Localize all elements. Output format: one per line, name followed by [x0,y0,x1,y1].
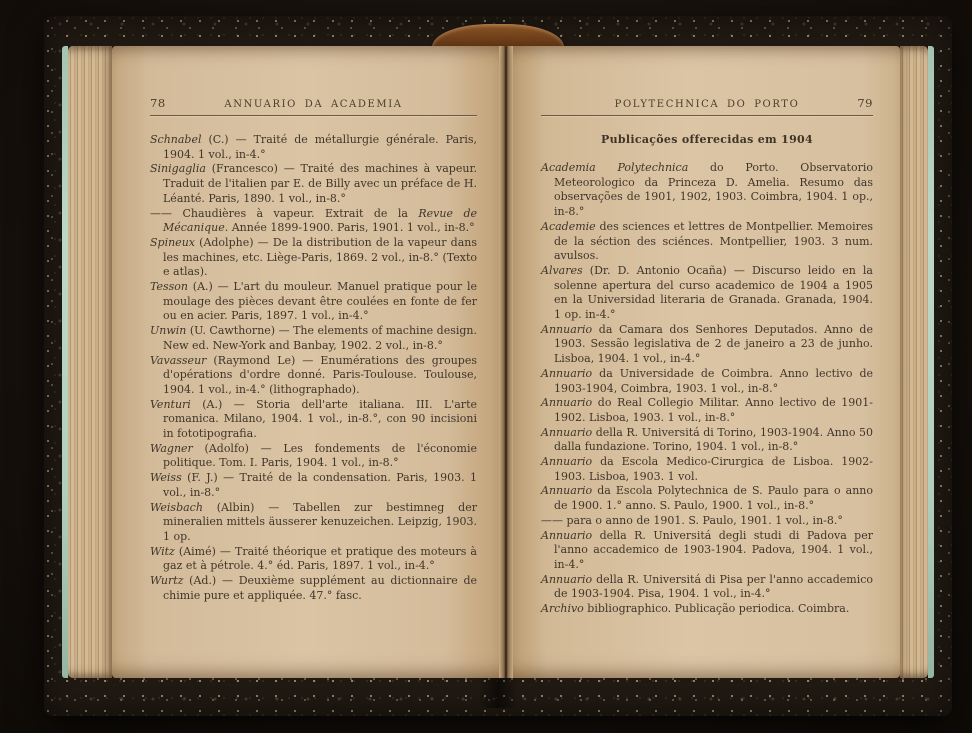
entry-lead-italic: Academie [541,220,596,233]
entry-lead-italic: Academia Polytechnica [541,161,688,174]
entry-lead-italic: Weisbach [150,501,203,514]
bibliography-entry: Alvares (Dr. D. Antonio Ocaña) — Discurs… [541,264,873,323]
endpaper-edge-right [928,46,934,678]
entry-text: (Adolphe) — De la distribution de la vap… [163,236,477,278]
entry-text: da Universidade de Coimbra. Anno lectivo… [554,367,873,395]
entry-text: bibliographico. Publicação periodica. Co… [584,602,850,615]
bibliography-entry: Spineux (Adolphe) — De la distribution d… [150,236,477,280]
left-running-title: ANNUARIO DA ACADEMIA [196,99,431,110]
entry-text: (Albin) — Tabellen zur bestimneg der min… [163,501,477,543]
entry-lead-italic: Annuario [541,484,592,497]
bibliography-entry: Annuario della R. Universitá di Torino, … [541,426,873,455]
entry-lead-italic: Sinigaglia [150,162,206,175]
bibliography-entry: —— para o anno de 1901. S. Paulo, 1901. … [541,514,873,529]
right-page-header: POLYTECHNICA DO PORTO 79 [541,96,873,110]
entry-text: della R. Universitá di Pisa per l'anno a… [554,573,873,601]
entry-text: (Raymond Le) — Enumérations des groupes … [163,354,477,396]
bibliography-entry: Wagner (Adolfo) — Les fondements de l'éc… [150,442,477,471]
bibliography-entry: Annuario della R. Universitá degli studi… [541,529,873,573]
bibliography-entry: Venturi (A.) — Storia dell'arte italiana… [150,398,477,442]
bibliography-entry: Annuario da Escola Polytechnica de S. Pa… [541,484,873,513]
entry-text: (Adolfo) — Les fondements de l'économie … [163,442,477,470]
bibliography-entry: Sinigaglia (Francesco) — Traité des mach… [150,162,477,206]
right-page-entries: Academia Polytechnica do Porto. Observat… [541,161,873,617]
left-page-header: 78 ANNUARIO DA ACADEMIA [150,96,477,110]
entry-text: (C.) — Traité de métallurgie générale. P… [163,133,477,161]
entry-lead-italic: Witz [150,545,175,558]
desk-background: 78 ANNUARIO DA ACADEMIA Schnabel (C.) — … [0,0,972,733]
entry-lead-italic: Annuario [541,529,592,542]
entry-text: do Real Collegio Militar. Anno lectivo d… [554,396,873,424]
book-gutter [499,46,513,678]
bibliography-entry: Academia Polytechnica do Porto. Observat… [541,161,873,220]
entry-text: —— para o anno de 1901. S. Paulo, 1901. … [541,514,843,527]
book-cover: 78 ANNUARIO DA ACADEMIA Schnabel (C.) — … [44,16,952,716]
entry-lead-italic: Tesson [150,280,188,293]
right-running-title: POLYTECHNICA DO PORTO [587,99,827,110]
right-header-rule [541,115,873,116]
entry-text: da Escola Medico-Cirurgica de Lisboa. 19… [554,455,873,483]
left-page-entries: Schnabel (C.) — Traité de métallurgie gé… [150,133,477,604]
bibliography-entry: Annuario do Real Collegio Militar. Anno … [541,396,873,425]
entry-lead-italic: Schnabel [150,133,202,146]
page-stack-right [900,46,928,678]
bibliography-entry: Wurtz (Ad.) — Deuxième supplément au dic… [150,574,477,603]
entry-lead-italic: Alvares [541,264,583,277]
entry-lead-italic: Annuario [541,367,592,380]
entry-lead-italic: Archivo [541,602,584,615]
left-page: 78 ANNUARIO DA ACADEMIA Schnabel (C.) — … [112,46,499,678]
entry-lead-italic: Vavasseur [150,354,206,367]
bibliography-entry: Weisbach (Albin) — Tabellen zur bestimne… [150,501,477,545]
entry-text: (Ad.) — Deuxième supplément au dictionna… [163,574,477,602]
left-page-number: 78 [150,96,196,110]
entry-text: des sciences et lettres de Montpellier. … [554,220,873,262]
bibliography-entry: Weiss (F. J.) — Traité de la condensatio… [150,471,477,500]
bibliography-entry: Vavasseur (Raymond Le) — Enumérations de… [150,354,477,398]
section-title: Publicações offerecidas em 1904 [541,133,873,146]
entry-lead-italic: Annuario [541,323,592,336]
bibliography-entry: Annuario da Escola Medico-Cirurgica de L… [541,455,873,484]
open-pages: 78 ANNUARIO DA ACADEMIA Schnabel (C.) — … [62,46,934,678]
right-page-content: POLYTECHNICA DO PORTO 79 Publicações off… [513,46,900,678]
bibliography-entry: Tesson (A.) — L'art du mouleur. Manuel p… [150,280,477,324]
entry-text: della R. Universitá degli studi di Padov… [554,529,873,571]
entry-lead-italic: Weiss [150,471,182,484]
entry-text: (Aimé) — Traité théorique et pratique de… [163,545,477,573]
entry-text: —— Chaudières à vapeur. Extrait de la [150,207,418,220]
entry-lead-italic: Annuario [541,455,592,468]
entry-text: da Camara dos Senhores Deputados. Anno d… [554,323,873,365]
bibliography-entry: Unwin (U. Cawthorne) — The elements of m… [150,324,477,353]
bibliography-entry: Witz (Aimé) — Traité théorique et pratiq… [150,545,477,574]
entry-text: . Année 1899-1900. Paris, 1901. 1 vol., … [225,221,475,234]
entry-text: (A.) — L'art du mouleur. Manuel pratique… [163,280,477,322]
entry-text: (A.) — Storia dell'arte italiana. III. L… [163,398,477,440]
entry-lead-italic: Spineux [150,236,195,249]
bibliography-entry: —— Chaudières à vapeur. Extrait de la Re… [150,207,477,236]
entry-text: (U. Cawthorne) — The elements of machine… [163,324,477,352]
entry-text: (F. J.) — Traité de la condensation. Par… [163,471,477,499]
entry-lead-italic: Annuario [541,396,592,409]
entry-text: della R. Universitá di Torino, 1903-1904… [554,426,873,454]
entry-lead-italic: Annuario [541,426,592,439]
right-page-number: 79 [827,96,873,110]
bibliography-entry: Academie des sciences et lettres de Mont… [541,220,873,264]
entry-lead-italic: Venturi [150,398,191,411]
entry-lead-italic: Annuario [541,573,592,586]
entry-lead-italic: Wagner [150,442,193,455]
entry-lead-italic: Wurtz [150,574,183,587]
left-header-rule [150,115,477,116]
bibliography-entry: Annuario della R. Universitá di Pisa per… [541,573,873,602]
bibliography-entry: Archivo bibliographico. Publicação perio… [541,602,873,617]
bibliography-entry: Schnabel (C.) — Traité de métallurgie gé… [150,133,477,162]
spine-bottom-shadow [478,674,518,708]
bibliography-entry: Annuario da Universidade de Coimbra. Ann… [541,367,873,396]
page-stack-left [68,46,112,678]
bibliography-entry: Annuario da Camara dos Senhores Deputado… [541,323,873,367]
entry-text: (Francesco) — Traité des machines à vape… [163,162,477,204]
entry-text: (Dr. D. Antonio Ocaña) — Discurso leido … [554,264,873,321]
right-page: POLYTECHNICA DO PORTO 79 Publicações off… [513,46,900,678]
entry-text: da Escola Polytechnica de S. Paulo para … [554,484,873,512]
left-page-content: 78 ANNUARIO DA ACADEMIA Schnabel (C.) — … [112,46,499,678]
entry-lead-italic: Unwin [150,324,186,337]
